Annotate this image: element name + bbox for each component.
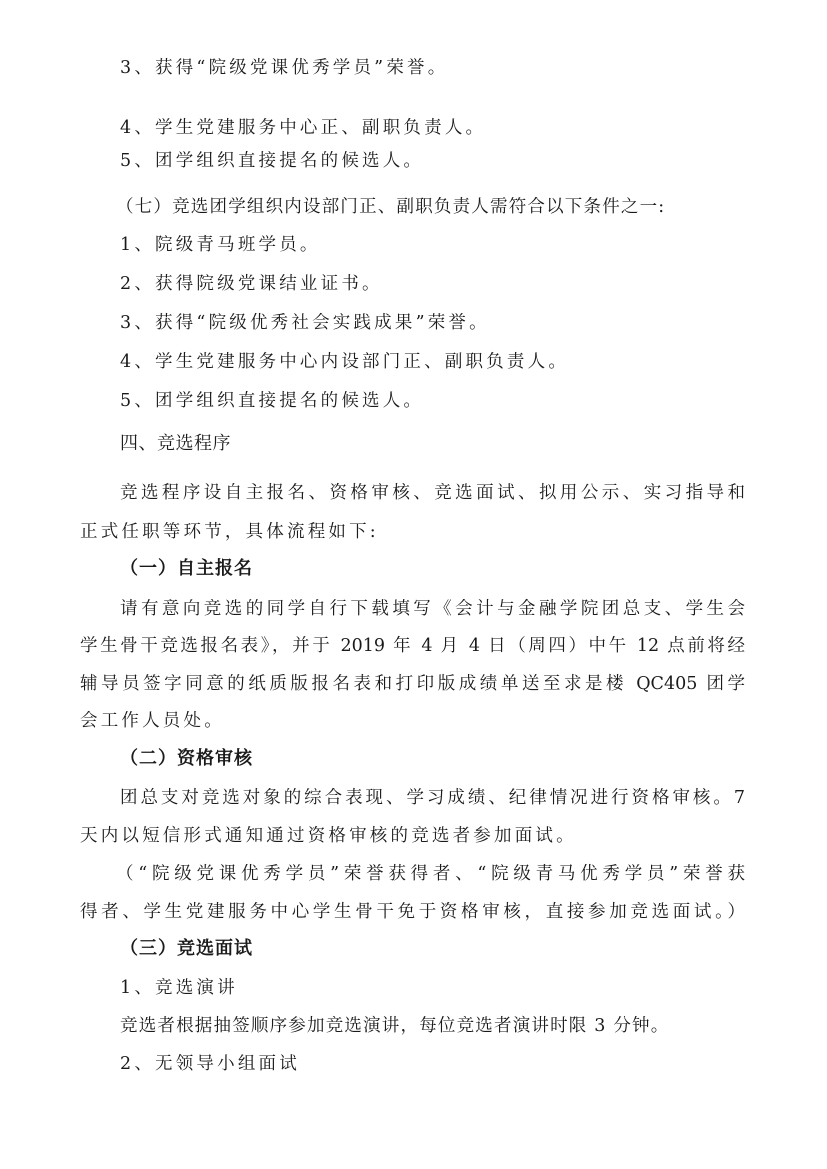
body-text-line: 3、获得“院级优秀社会实践成果”荣誉。 bbox=[120, 311, 490, 335]
body-text-line: 2、无领导小组面试 bbox=[120, 1052, 300, 1076]
body-text-line: 3、获得“院级党课优秀学员”荣誉。 bbox=[120, 56, 448, 80]
document-page: 3、获得“院级党课优秀学员”荣誉。4、学生党建服务中心正、副职负责人。5、团学组… bbox=[0, 0, 827, 1169]
body-text-line: （“院级党课优秀学员”荣誉获得者、“院级青马优秀学员”荣誉获 bbox=[116, 862, 745, 886]
body-text-line: 天内以短信形式通知通过资格审核的竞选者参加面试。 bbox=[80, 824, 577, 848]
body-text-line: 1、竞选演讲 bbox=[120, 976, 238, 1000]
body-text-line: 团总支对竞选对象的综合表现、学习成绩、纪律情况进行资格审核。7 bbox=[120, 786, 745, 810]
subsection-heading: （三）竞选面试 bbox=[120, 937, 253, 961]
body-text-line: 4、学生党建服务中心正、副职负责人。 bbox=[120, 116, 486, 140]
body-text-line: 2、获得院级党课结业证书。 bbox=[120, 272, 383, 296]
section-heading: 四、竞选程序 bbox=[120, 432, 231, 456]
body-text-line: 请有意向竞选的同学自行下载填写《会计与金融学院团总支、学生会 bbox=[120, 597, 745, 621]
body-text-line: 5、团学组织直接提名的候选人。 bbox=[120, 149, 424, 173]
body-text-line: 竞选程序设自主报名、资格审核、竞选面试、拟用公示、实习指导和 bbox=[120, 481, 745, 505]
body-text-line: 1、院级青马班学员。 bbox=[120, 233, 321, 257]
body-text-line: 学生骨干竞选报名表》，并于 2019 年 4 月 4 日（周四）中午 12 点前… bbox=[80, 634, 745, 658]
body-text-line: （七）竞选团学组织内设部门正、副职负责人需符合以下条件之一: bbox=[116, 195, 665, 219]
body-text-line: 得者、学生党建服务中心学生骨干免于资格审核，直接参加竞选面试。） bbox=[80, 900, 745, 924]
body-text-line: 竞选者根据抽签顺序参加竞选演讲，每位竞选者演讲时限 3 分钟。 bbox=[120, 1014, 669, 1038]
body-text-line: 会工作人员处。 bbox=[80, 709, 225, 733]
body-text-line: 正式任职等环节，具体流程如下: bbox=[80, 520, 379, 544]
body-text-line: 4、学生党建服务中心内设部门正、副职负责人。 bbox=[120, 350, 569, 374]
body-text-line: 5、团学组织直接提名的候选人。 bbox=[120, 389, 424, 413]
subsection-heading: （一）自主报名 bbox=[120, 557, 253, 581]
subsection-heading: （二）资格审核 bbox=[120, 747, 253, 771]
body-text-line: 辅导员签字同意的纸质版报名表和打印版成绩单送至求是楼 QC405 团学 bbox=[80, 672, 745, 696]
